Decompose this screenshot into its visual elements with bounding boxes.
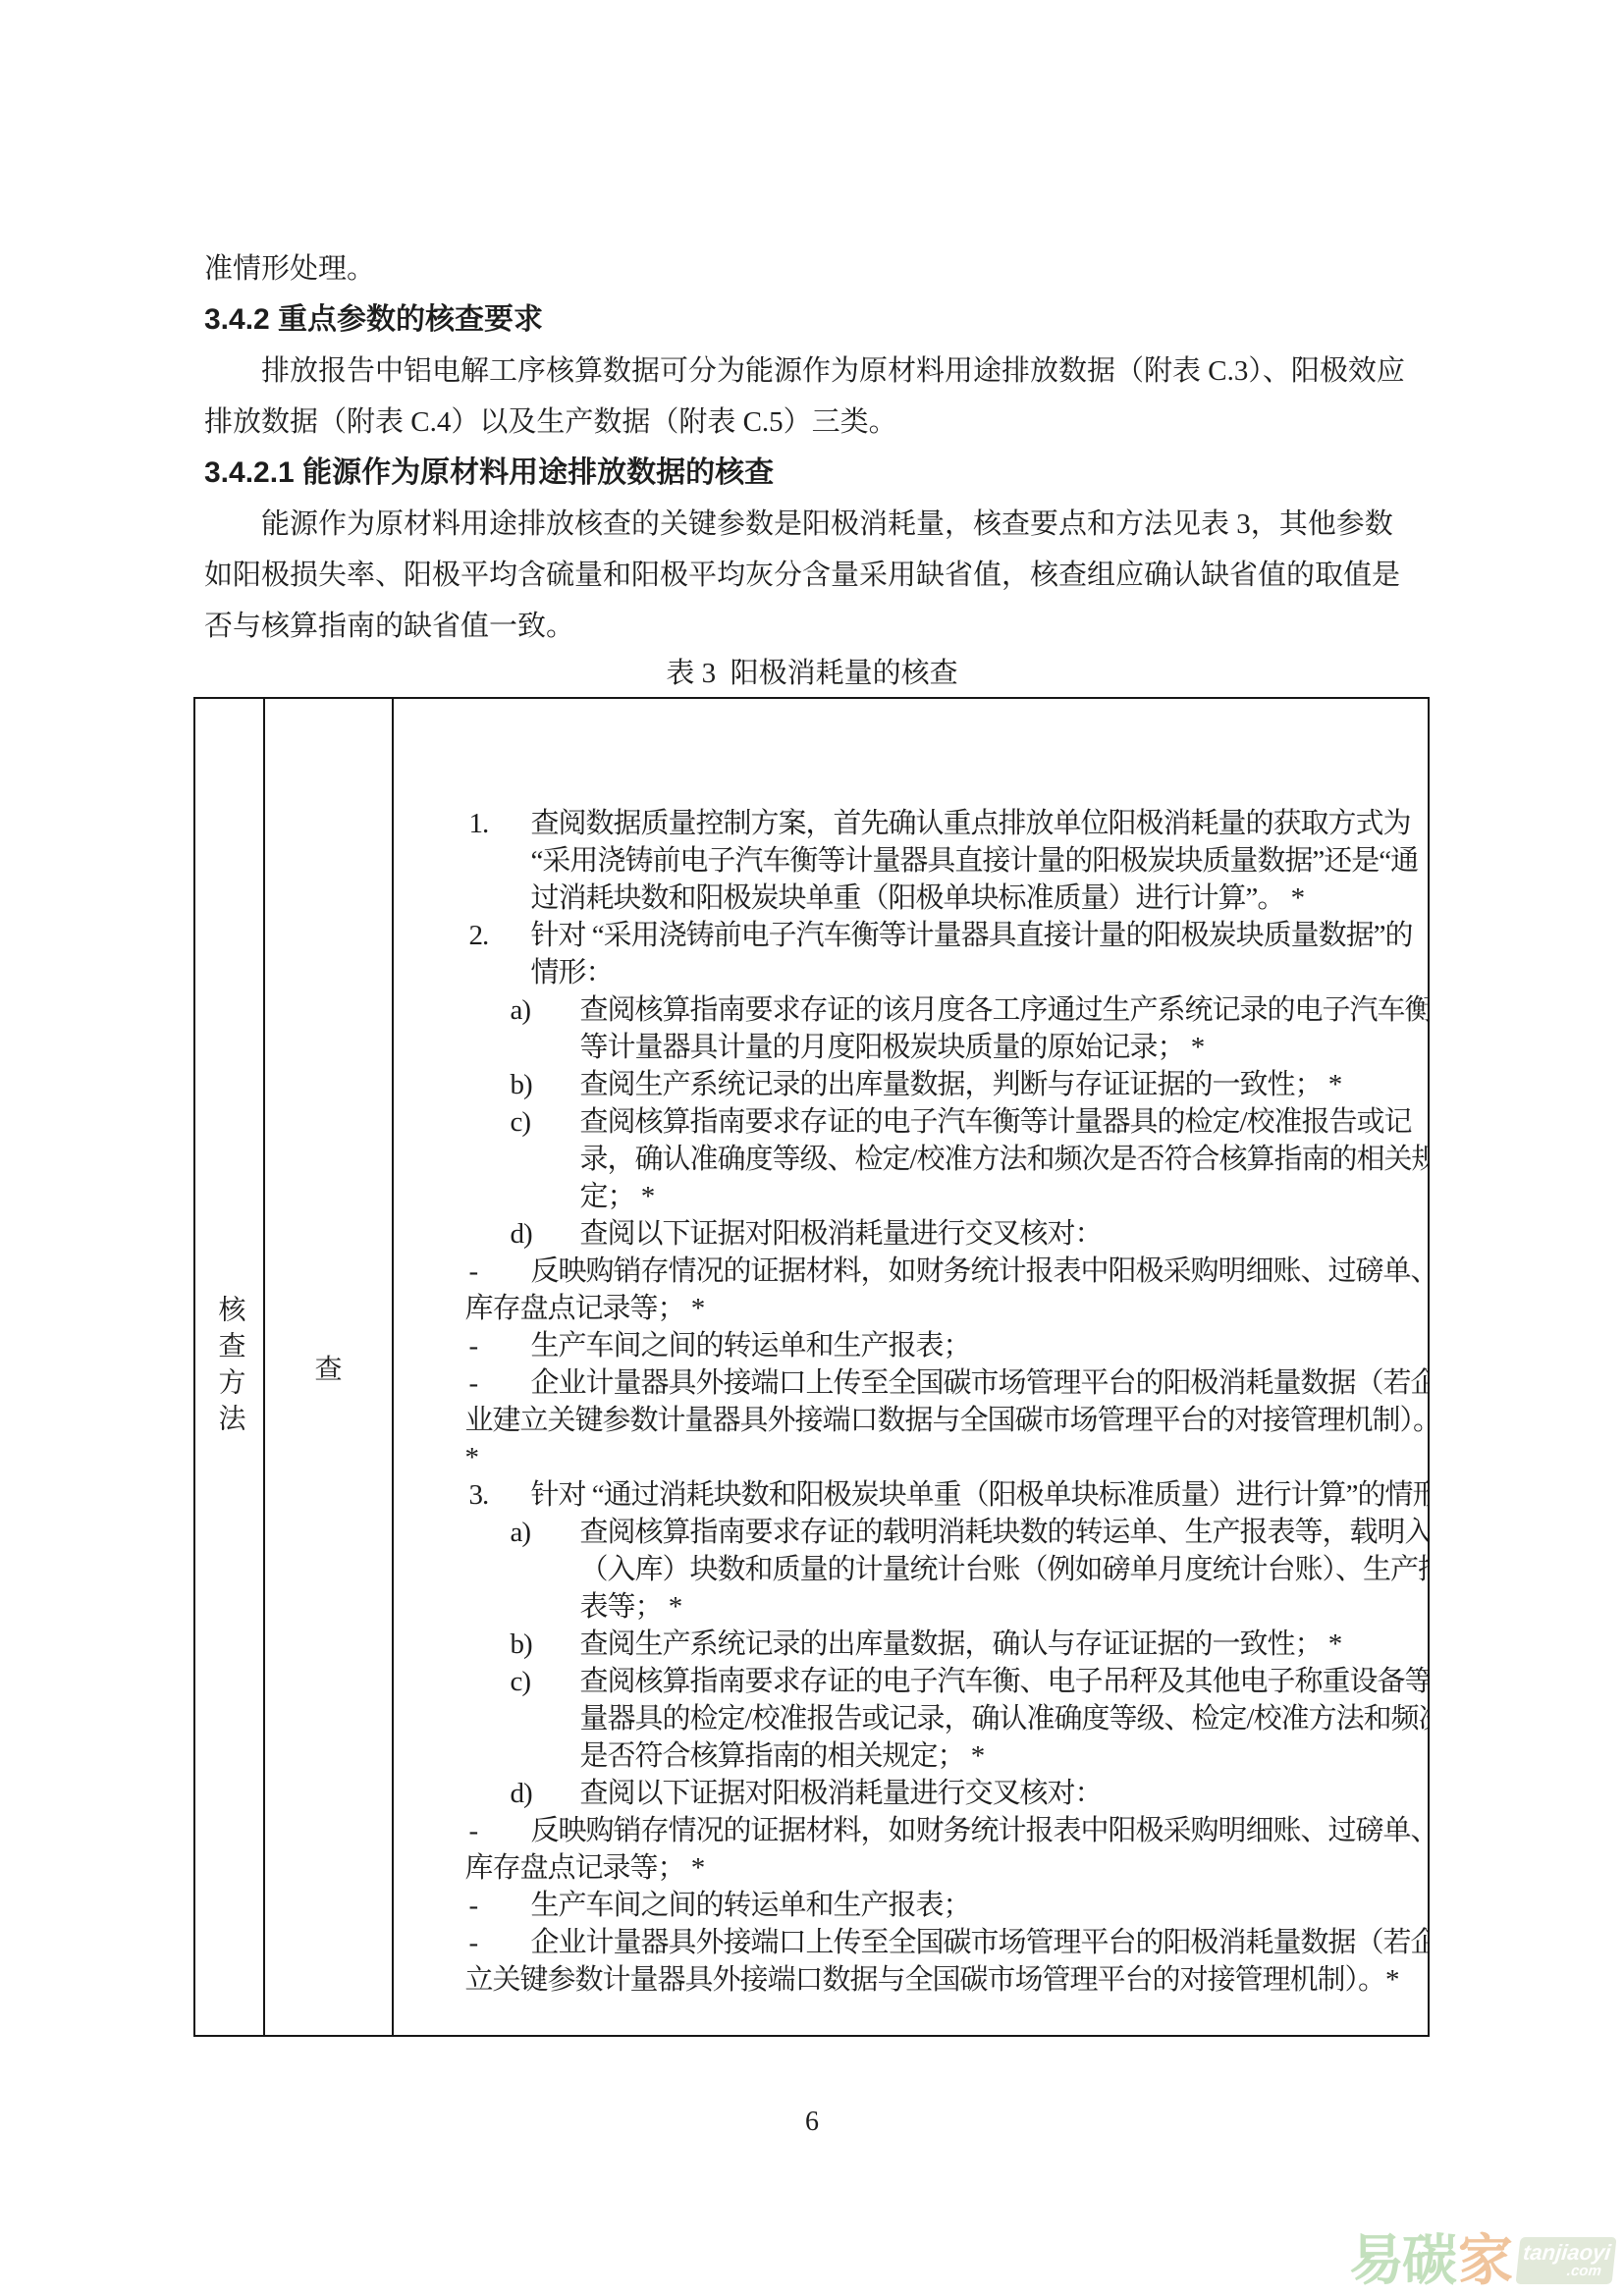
- line-marker: a): [511, 1514, 580, 1551]
- watermark: 易碳 家 tanjiaoyi .com: [1349, 2233, 1614, 2288]
- line-text: 反映购销存情况的证据材料，如财务统计报表中阳极采购明细账、过磅单、: [531, 1815, 1429, 1846]
- line-text: 查阅核算指南要求存证的电子汽车衡等计量器具的检定/校准报告或记: [580, 1106, 1412, 1138]
- section-heading-342: 3.4.2 重点参数的核查要求: [204, 294, 1432, 346]
- check-label: 查: [314, 1348, 342, 1387]
- line-marker: a): [511, 991, 580, 1029]
- paragraph2-line3: 否与核算指南的缺省值一致。: [204, 601, 1432, 652]
- watermark-badge: tanjiaoyi .com: [1515, 2237, 1616, 2284]
- table-content-cell: 1.查阅数据质量控制方案，首先确认重点排放单位阳极消耗量的获取方式为 “采用浇铸…: [394, 699, 1428, 2035]
- line-text: 量器具的检定/校准报告或记录，确认准确度等级、检定/校准方法和频次: [580, 1703, 1429, 1735]
- line-text: 生产车间之间的转运单和生产报表；: [531, 1890, 971, 1921]
- line-text: 查阅核算指南要求存证的该月度各工序通过生产系统记录的电子汽车衡: [580, 994, 1429, 1026]
- document-page: 准情形处理。 3.4.2 重点参数的核查要求 排放报告中铝电解工序核算数据可分为…: [0, 0, 1624, 2296]
- line-text: 查阅生产系统记录的出库量数据，确认与存证证据的一致性； *: [580, 1629, 1342, 1660]
- lead-line: 准情形处理。: [204, 243, 1432, 294]
- line-marker: c): [511, 1663, 580, 1700]
- line-text: *: [465, 1442, 479, 1473]
- line-text: 查阅核算指南要求存证的电子汽车衡、电子吊秤及其他电子称重设备等计: [580, 1666, 1429, 1697]
- line-text: 企业计量器具外接端口上传至全国碳市场管理平台的阳极消耗量数据（若企: [531, 1367, 1429, 1399]
- line-text: “采用浇铸前电子汽车衡等计量器具直接计量的阳极炭块质量数据”还是“通: [531, 845, 1419, 877]
- line-text: 查阅以下证据对阳极消耗量进行交叉核对：: [580, 1778, 1103, 1809]
- paragraph2-line2: 如阳极损失率、阳极平均含硫量和阳极平均灰分含量采用缺省值，核查组应确认缺省值的取…: [204, 550, 1432, 601]
- line-text: 查阅数据质量控制方案，首先确认重点排放单位阳极消耗量的获取方式为: [531, 808, 1411, 839]
- line-text: 查阅以下证据对阳极消耗量进行交叉核对：: [580, 1218, 1103, 1250]
- watermark-orange-character: 家: [1458, 2233, 1511, 2288]
- row-header-label: 核查方法: [216, 1295, 244, 1440]
- line-marker: -: [469, 1253, 531, 1290]
- line-marker: d): [511, 1215, 580, 1253]
- line-text: 业建立关键参数计量器具外接端口数据与全国碳市场管理平台的对接管理机制）。: [465, 1405, 1429, 1436]
- verification-table: 核查方法 查 1.查阅数据质量控制方案，首先确认重点排放单位阳极消耗量的获取方式…: [193, 697, 1430, 2037]
- line-marker: c): [511, 1103, 580, 1141]
- table-check-cell: 查: [265, 699, 394, 2035]
- line-text: 查阅核算指南要求存证的载明消耗块数的转运单、生产报表等，载明入厂: [580, 1517, 1429, 1548]
- line-text: 查阅生产系统记录的出库量数据，判断与存证证据的一致性； *: [580, 1069, 1342, 1100]
- line-marker: -: [469, 1924, 531, 1961]
- line-text: 针对 “采用浇铸前电子汽车衡等计量器具直接计量的阳极炭块质量数据”的: [531, 920, 1413, 951]
- table-text-line: 1.查阅数据质量控制方案，首先确认重点排放单位阳极消耗量的获取方式为: [394, 768, 1428, 805]
- line-marker: 2.: [469, 917, 531, 954]
- line-marker: -: [469, 1364, 531, 1402]
- line-marker: 3.: [469, 1476, 531, 1514]
- paragraph2-line1: 能源作为原材料用途排放核查的关键参数是阳极消耗量，核查要点和方法见表 3，其他参…: [204, 499, 1432, 550]
- table-text-line: 3.针对 “通过消耗块数和阳极炭块单重（阳极单块标准质量）进行计算”的情形：: [394, 1439, 1428, 1476]
- line-marker: d): [511, 1775, 580, 1812]
- watermark-badge-line2: .com: [1566, 2264, 1614, 2279]
- line-text: 立关键参数计量器具外接端口数据与全国碳市场管理平台的对接管理机制）。*: [465, 1964, 1399, 1996]
- page-number: 6: [0, 2107, 1624, 2138]
- line-text: 针对 “通过消耗块数和阳极炭块单重（阳极单块标准质量）进行计算”的情形：: [531, 1479, 1429, 1511]
- line-text: 过消耗块数和阳极炭块单重（阳极单块标准质量）进行计算”。 *: [531, 882, 1305, 914]
- paragraph1-line1: 排放报告中铝电解工序核算数据可分为能源作为原材料用途排放数据（附表 C.3）、阳…: [204, 346, 1432, 397]
- line-text: 表等； *: [580, 1591, 682, 1623]
- line-text: 录，确认准确度等级、检定/校准方法和频次是否符合核算指南的相关规: [580, 1144, 1429, 1175]
- line-text: （入库）块数和质量的计量统计台账（例如磅单月度统计台账）、生产报: [580, 1554, 1429, 1585]
- line-text: 库存盘点记录等； *: [465, 1852, 705, 1884]
- line-text: 等计量器具计量的月度阳极炭块质量的原始记录； *: [580, 1032, 1205, 1063]
- line-text: 库存盘点记录等； *: [465, 1293, 705, 1324]
- line-text: 定； *: [580, 1181, 655, 1212]
- line-text: 企业计量器具外接端口上传至全国碳市场管理平台的阳极消耗量数据（若企业建: [531, 1927, 1429, 1958]
- line-text: 生产车间之间的转运单和生产报表；: [531, 1330, 971, 1362]
- table-row-header-cell: 核查方法: [195, 699, 265, 2035]
- line-marker: b): [511, 1626, 580, 1663]
- line-text: 反映购销存情况的证据材料，如财务统计报表中阳极采购明细账、过磅单、: [531, 1255, 1429, 1287]
- line-marker: b): [511, 1066, 580, 1103]
- line-text: 情形：: [531, 957, 614, 988]
- line-marker: -: [469, 1327, 531, 1364]
- line-text: 是否符合核算指南的相关规定； *: [580, 1740, 985, 1772]
- paragraph1-line2: 排放数据（附表 C.4）以及生产数据（附表 C.5）三类。: [204, 397, 1432, 448]
- section-heading-3421: 3.4.2.1 能源作为原材料用途排放数据的核查: [204, 448, 1432, 499]
- intro-text-block: 准情形处理。 3.4.2 重点参数的核查要求 排放报告中铝电解工序核算数据可分为…: [204, 243, 1432, 652]
- line-marker: -: [469, 1812, 531, 1849]
- watermark-green-characters: 易碳: [1349, 2233, 1455, 2288]
- line-marker: -: [469, 1887, 531, 1924]
- watermark-badge-line1: tanjiaoyi: [1522, 2242, 1612, 2264]
- line-marker: 1.: [469, 805, 531, 842]
- table-caption: 表 3 阳极消耗量的核查: [0, 650, 1624, 697]
